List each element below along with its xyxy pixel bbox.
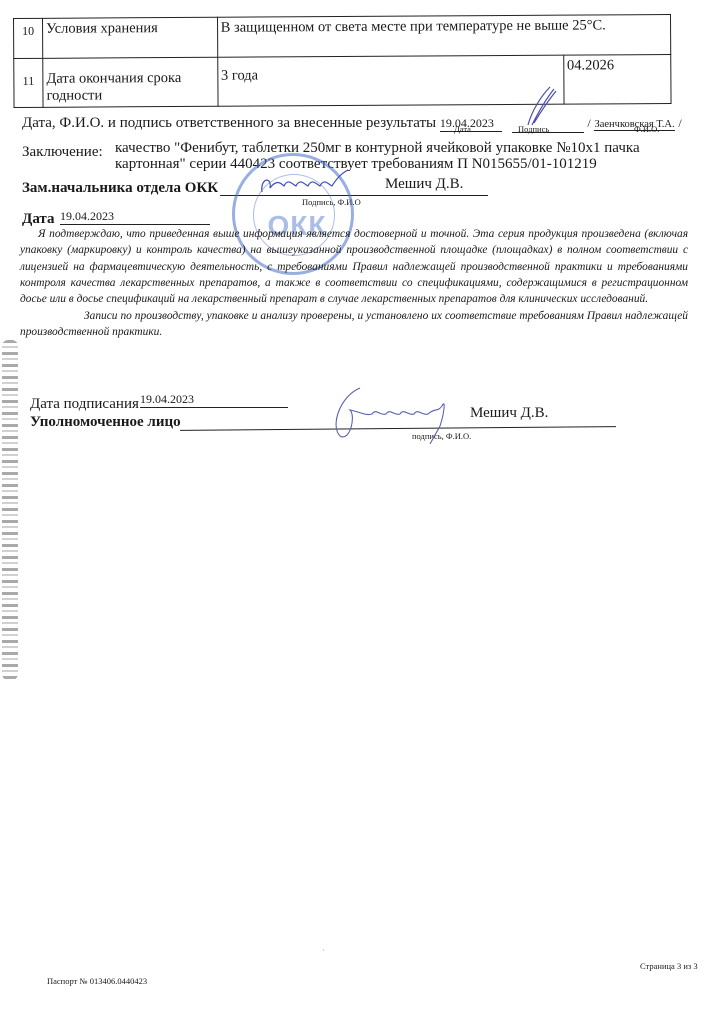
deputy-name: Мешич Д.В. — [385, 176, 463, 193]
row-value: 3 года — [217, 55, 563, 106]
signing-date-label: Дата подписания — [30, 396, 139, 413]
signing-date-value: 19.04.2023 — [140, 392, 288, 408]
properties-table: 10 Условия хранения В защищенном от свет… — [13, 14, 672, 108]
declaration-paragraph-1: Я подтверждаю, что приведенная выше инфо… — [20, 226, 688, 307]
authorized-person-name: Мешич Д.В. — [470, 405, 548, 422]
expiry-date: 04.2026 — [563, 54, 671, 104]
table-row: 11 Дата окончания срока годности 3 года … — [14, 54, 671, 107]
row-label: Условия хранения — [43, 17, 218, 58]
row-number: 10 — [14, 18, 43, 58]
row-value: В защищенном от света месте при температ… — [217, 14, 671, 57]
row-label: Дата окончания срока годности — [43, 57, 218, 107]
caption-fio: Ф.И.О. — [634, 124, 659, 134]
responsible-label: Дата, Ф.И.О. и подпись ответственного за… — [22, 115, 436, 131]
date-value: 19.04.2023 — [60, 209, 210, 225]
caption-date: Дата — [454, 124, 471, 134]
authorized-person-label: Уполномоченное лицо — [30, 414, 181, 431]
passport-number: Паспорт № 013406.0440423 — [47, 976, 147, 986]
authorized-signature-icon — [320, 386, 470, 446]
deputy-signature-icon — [258, 168, 358, 198]
deputy-label: Зам.начальника отдела ОКК — [22, 180, 218, 197]
row-number: 11 — [14, 58, 43, 107]
responsible-line: Дата, Ф.И.О. и подпись ответственного за… — [22, 115, 682, 133]
declaration-paragraph-2: Записи по производству, упаковке и анали… — [20, 308, 688, 341]
table-row: 10 Условия хранения В защищенном от свет… — [14, 14, 671, 58]
page-number: Страница 3 из 3 — [640, 961, 698, 971]
binding-perforation — [2, 340, 18, 680]
conclusion-label: Заключение: — [22, 144, 103, 161]
signature-icon — [520, 85, 560, 130]
conclusion-line-1: качество "Фенибут, таблетки 250мг в конт… — [115, 140, 640, 157]
